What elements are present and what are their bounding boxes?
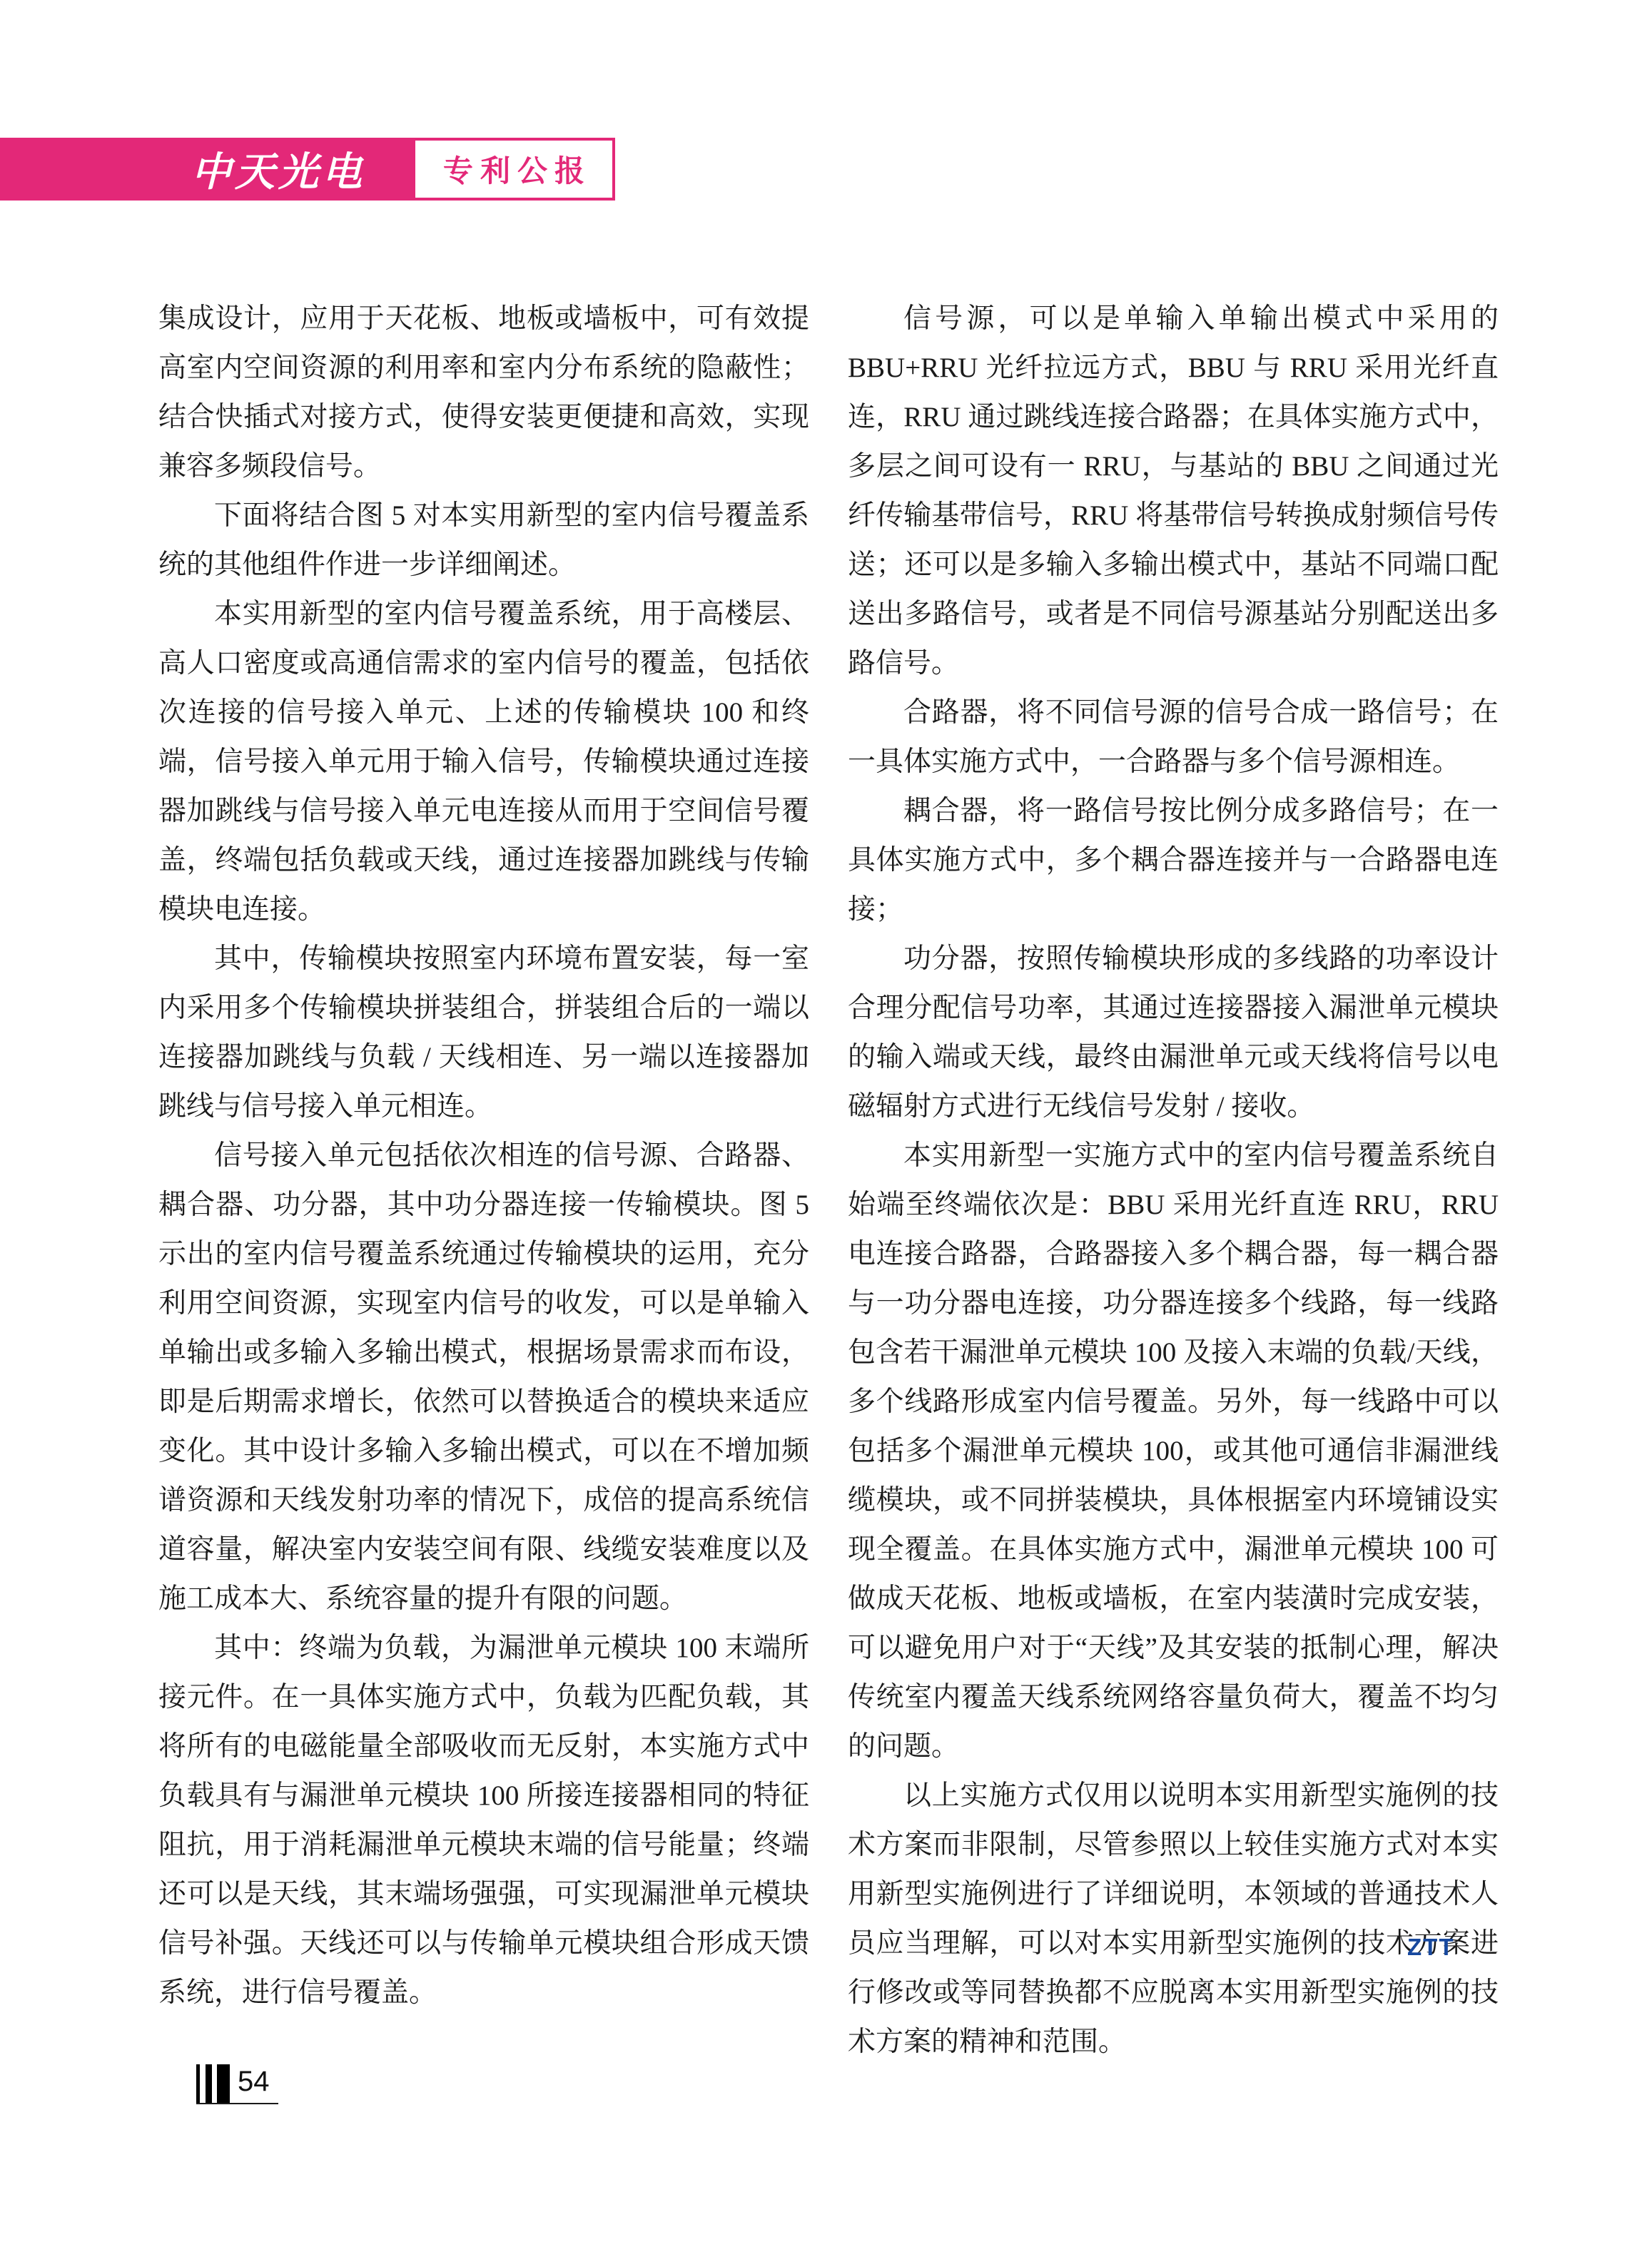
paragraph: 合路器，将不同信号源的信号合成一路信号；在一具体实施方式中，一合路器与多个信号源… <box>848 688 1499 786</box>
paragraph: 其中，传输模块按照室内环境布置安装，每一室内采用多个传输模块拼装组合，拼装组合后… <box>158 934 809 1131</box>
paragraph: 本实用新型的室内信号覆盖系统，用于高楼层、高人口密度或高通信需求的室内信号的覆盖… <box>158 589 809 934</box>
paragraph: 以上实施方式仅用以说明本实用新型实施例的技术方案而非限制，尽管参照以上较佳实施方… <box>848 1771 1499 2066</box>
brand-bar: 中天光电 <box>0 138 412 201</box>
footer-rule <box>196 2103 278 2104</box>
gazette-badge-label: 专利公报 <box>443 148 592 191</box>
paragraph: 耦合器，将一路信号按比例分成多路信号；在一具体实施方式中，多个耦合器连接并与一合… <box>848 786 1499 934</box>
text-column-left: 集成设计，应用于天花板、地板或墙板中，可有效提高室内空间资源的利用率和室内分布系… <box>158 294 809 2017</box>
ztt-logo: ZTT <box>1407 1935 1454 1959</box>
paragraph: 功分器，按照传输模块形成的多线路的功率设计合理分配信号功率，其通过连接器接入漏泄… <box>848 934 1499 1131</box>
paragraph: 本实用新型一实施方式中的室内信号覆盖系统自始端至终端依次是：BBU 采用光纤直连… <box>848 1131 1499 1771</box>
paragraph: 下面将结合图 5 对本实用新型的室内信号覆盖系统的其他组件作进一步详细阐述。 <box>158 491 809 589</box>
gazette-page: 中天光电 专利公报 集成设计，应用于天花板、地板或墙板中，可有效提高室内空间资源… <box>0 0 1652 2242</box>
page-number: 54 <box>238 2067 270 2096</box>
paragraph: 信号源，可以是单输入单输出模式中采用的 BBU+RRU 光纤拉远方式，BBU 与… <box>848 294 1499 688</box>
marker-bar <box>217 2064 230 2103</box>
marker-bar <box>196 2064 200 2103</box>
page-marker-bars-icon <box>196 2064 230 2103</box>
paragraph: 集成设计，应用于天花板、地板或墙板中，可有效提高室内空间资源的利用率和室内分布系… <box>158 294 809 491</box>
marker-bar <box>206 2064 212 2103</box>
gazette-badge: 专利公报 <box>412 138 615 201</box>
company-logo: 中天光电 <box>191 141 365 198</box>
paragraph: 其中：终端为负载，为漏泄单元模块 100 末端所接元件。在一具体实施方式中，负载… <box>158 1623 809 2017</box>
paragraph: 信号接入单元包括依次相连的信号源、合路器、耦合器、功分器，其中功分器连接一传输模… <box>158 1131 809 1623</box>
text-column-right: 信号源，可以是单输入单输出模式中采用的 BBU+RRU 光纤拉远方式，BBU 与… <box>848 294 1499 2066</box>
